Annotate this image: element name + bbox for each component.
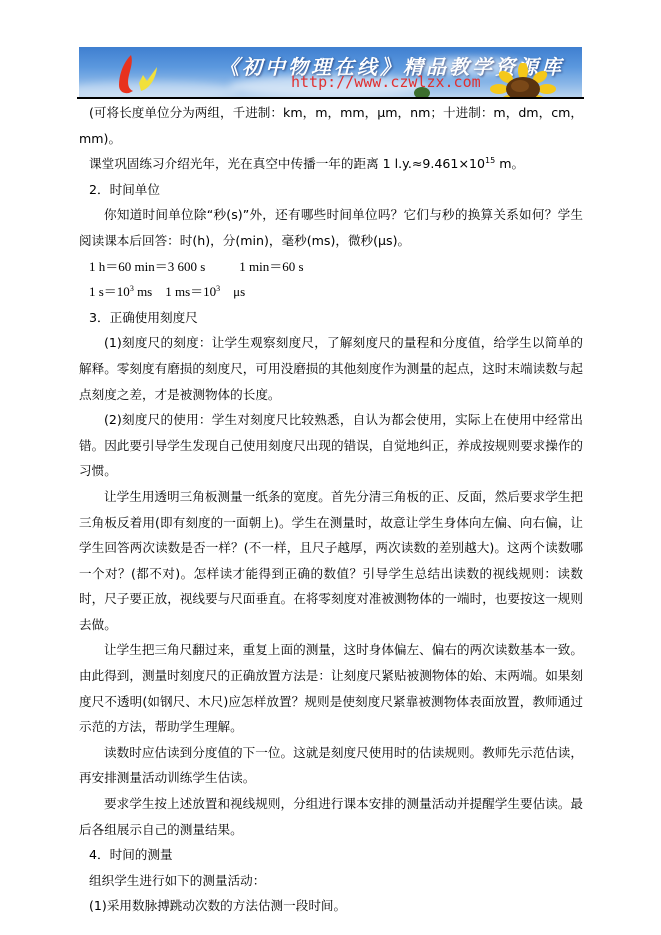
paragraph-triangle-measure: 让学生用透明三角板测量一纸条的宽度。首先分清三角板的正、反面，然后要求学生把三角…	[79, 484, 583, 638]
paragraph-estimate-reading: 读数时应估读到分度值的下一位。这就是刻度尺使用时的估读规则。教师先示范估读，再安…	[79, 740, 583, 791]
paragraph-ruler-usage: (2)刻度尺的使用：学生对刻度尺比较熟悉，自认为都会使用，实际上在使用中经常出错…	[79, 407, 583, 484]
site-logo-icon	[109, 53, 169, 97]
section-heading-time-units: 2．时间单位	[79, 177, 583, 203]
equation-part: μs	[220, 284, 245, 299]
header-divider	[77, 97, 584, 99]
sunflower-icon	[487, 63, 559, 97]
banner-url[interactable]: http://www.czwlzx.com	[291, 73, 481, 91]
paragraph-organize-activity: 组织学生进行如下的测量活动：	[79, 868, 583, 894]
header-banner: 《初中物理在线》精品教学资源库 http://www.czwlzx.com	[79, 47, 582, 97]
light-year-unit: m。	[495, 156, 524, 171]
paragraph-light-year: 课堂巩固练习介绍光年，光在真空中传播一年的距离 1 l.y.≈9.461×101…	[79, 151, 583, 177]
equation-hour: 1 h＝60 min＝3 600 s	[89, 259, 205, 274]
light-year-text: 课堂巩固练习介绍光年，光在真空中传播一年的距离 1 l.y.≈9.461×10	[89, 156, 485, 171]
paragraph-pulse-method: (1)采用数脉搏跳动次数的方法估测一段时间。	[79, 893, 583, 919]
paragraph-ruler-scale: (1)刻度尺的刻度：让学生观察刻度尺，了解刻度尺的量程和分度值，给学生以简单的解…	[79, 330, 583, 407]
leaf-decoration	[414, 87, 430, 97]
section-heading-ruler: 3．正确使用刻度尺	[79, 305, 583, 331]
paragraph-length-units: (可将长度单位分为两组，千进制：km，m，mm，μm，nm；十进制：m，dm，c…	[79, 100, 583, 151]
paragraph-group-activity: 要求学生按上述放置和视线规则，分组进行课本安排的测量活动并提醒学生要估读。最后各…	[79, 791, 583, 842]
paragraph-time-units: 你知道时间单位除“秒(s)”外，还有哪些时间单位吗？它们与秒的换算关系如何？学生…	[79, 202, 583, 253]
paragraph-flip-ruler: 让学生把三角尺翻过来，重复上面的测量，这时身体偏左、偏右的两次读数基本一致。由此…	[79, 637, 583, 739]
exponent: 15	[485, 156, 495, 165]
equation-minute: 1 min＝60 s	[239, 259, 303, 274]
equation-second-ms: 1 s＝103 ms 1 ms＝103 μs	[79, 279, 583, 305]
equation-part: 1 s＝10	[89, 284, 130, 299]
document-body: (可将长度单位分为两组，千进制：km，m，mm，μm，nm；十进制：m，dm，c…	[79, 100, 583, 919]
section-heading-time-measure: 4．时间的测量	[79, 842, 583, 868]
equation-hour-minute: 1 h＝60 min＝3 600 s1 min＝60 s	[79, 254, 583, 280]
equation-part: ms 1 ms＝10	[134, 284, 216, 299]
